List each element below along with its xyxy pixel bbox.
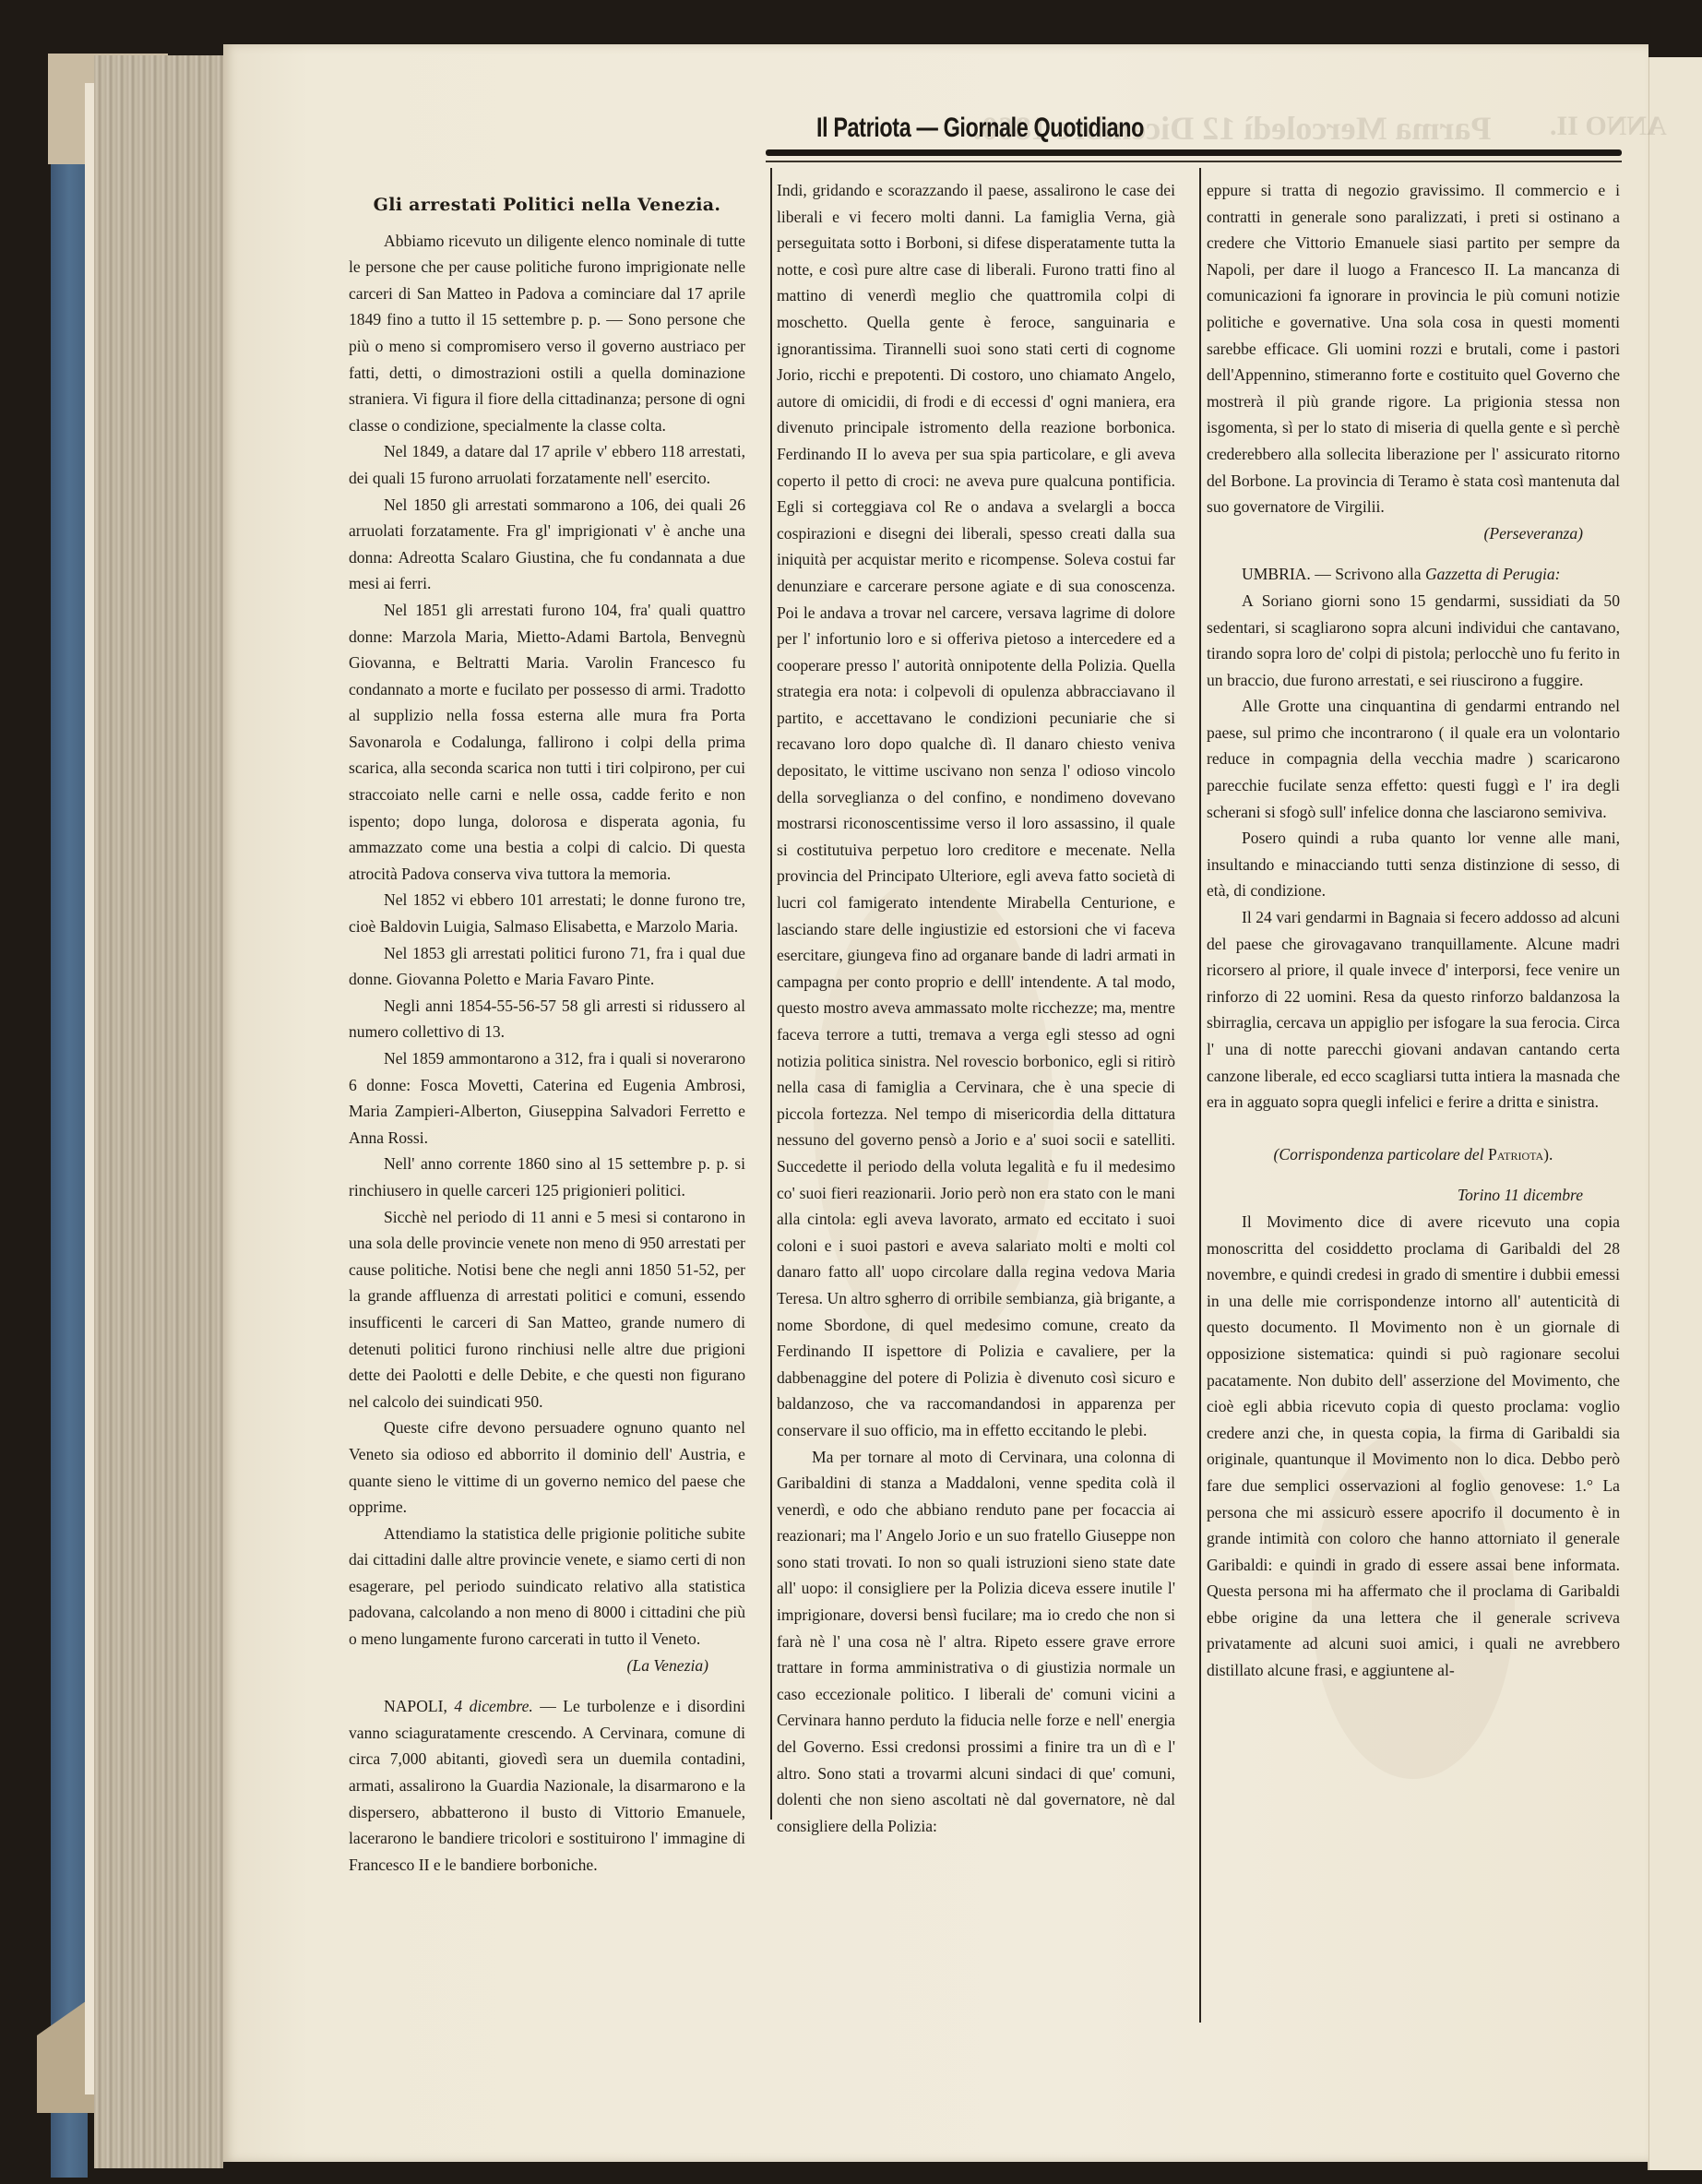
running-head: Il Patriota — Giornale Quotidiano [816,113,1144,144]
correspondence-heading: (Corrispondenza particolare del Patriota… [1207,1141,1620,1168]
column-middle: Indi, gridando e scorazzando il paese, a… [777,177,1175,1839]
header-rule-thin [766,161,1622,162]
paragraph: Sicchè nel periodo di 11 anni e 5 mesi s… [349,1204,745,1415]
paragraph: Attendiamo la statistica delle prigionie… [349,1521,745,1653]
torino-dateline: Torino 11 dicembre [1207,1182,1620,1209]
napoli-paragraph: NAPOLI, 4 dicembre. — Le turbolenze e i … [349,1693,745,1878]
show-through-year-label: ANNO II. [1550,111,1667,142]
correspondence-prefix: (Corrispondenza particolare del [1274,1145,1484,1164]
paragraph: eppure si tratta di negozio gravissimo. … [1207,177,1620,520]
dateline-place: NAPOLI, [384,1697,447,1715]
paragraph: Nell' anno corrente 1860 sino al 15 sett… [349,1151,745,1203]
dateline-date: 4 dicembre. [454,1697,532,1715]
paragraph: Nel 1851 gli arrestati furono 104, fra' … [349,597,745,888]
napoli-text: — Le turbolenze e i disordini vanno scia… [349,1697,745,1874]
paragraph: Ma per tornare al moto di Cervinara, una… [777,1444,1175,1840]
header-rule-thick [766,149,1622,156]
correspondence-suffix: ). [1543,1145,1553,1164]
umbria-place: UMBRIA. [1242,565,1311,583]
paragraph: Nel 1859 ammontarono a 312, fra i quali … [349,1045,745,1151]
facing-page-edge [1648,57,1702,2170]
column-rule-right [1199,168,1201,2023]
endpaper-edge [85,83,94,2094]
paragraph: Negli anni 1854-55-56-57 58 gli arresti … [349,993,745,1045]
paragraph: Il 24 vari gendarmi in Bagnaia si fecero… [1207,904,1620,1116]
paragraph: Abbiamo ricevuto un diligente elenco nom… [349,228,745,439]
book-cover-spine [51,55,88,2178]
correspondence-paper: Patriota [1488,1145,1543,1164]
paragraph: Nel 1850 gli arrestati sommarono a 106, … [349,492,745,597]
source-attribution: (Perseveranza) [1207,520,1620,547]
column-rule-left [770,168,772,1820]
paragraph: Il Movimento dice di avere ricevuto una … [1207,1209,1620,1684]
article-title: Gli arrestati Politici nella Venezia. [349,192,745,219]
paragraph: Nel 1849, a datare dal 17 aprile v' ebbe… [349,438,745,491]
source-attribution: (La Venezia) [349,1653,745,1679]
umbria-paper: Gazzetta di Perugia: [1425,565,1561,583]
paragraph: Queste cifre devono persuadere ognuno qu… [349,1414,745,1520]
umbria-heading: UMBRIA. — Scrivono alla Gazzetta di Peru… [1207,561,1620,588]
paragraph: Alle Grotte una cinquantina di gendarmi … [1207,693,1620,825]
umbria-intro: — Scrivono alla [1315,565,1421,583]
column-left: Gli arrestati Politici nella Venezia. Ab… [349,181,745,1878]
paragraph: Posero quindi a ruba quanto lor venne al… [1207,825,1620,904]
paragraph: Nel 1852 vi ebbero 101 arrestati; le don… [349,887,745,939]
paragraph: Indi, gridando e scorazzando il paese, a… [777,177,1175,1444]
column-right: eppure si tratta di negozio gravissimo. … [1207,177,1620,1684]
paragraph: Nel 1853 gli arrestati politici furono 7… [349,940,745,993]
paragraph: A Soriano giorni sono 15 gendarmi, sussi… [1207,588,1620,693]
stacked-page-edges [94,55,223,2168]
